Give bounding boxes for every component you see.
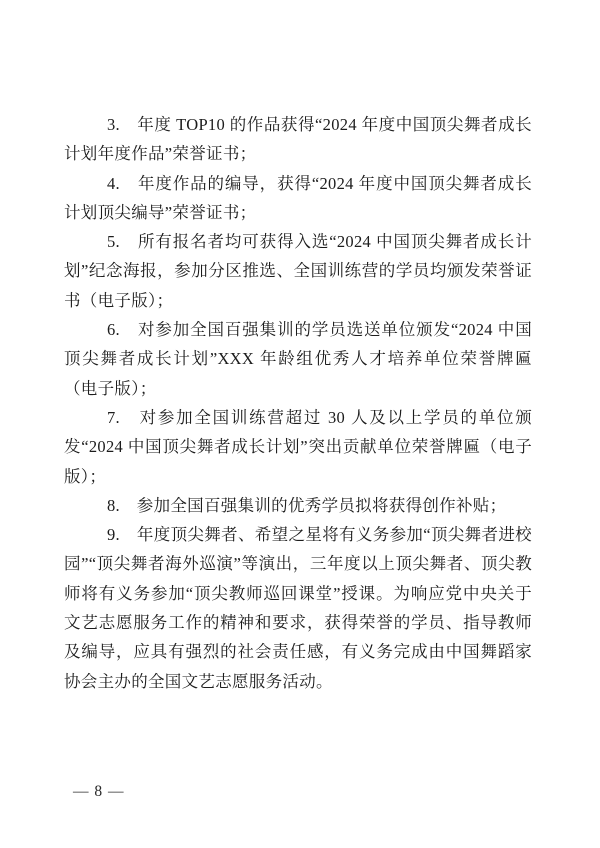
document-body: 3. 年度 TOP10 的作品获得“2024 年度中国顶尖舞者成长计划年度作品”… [64,110,532,696]
list-item-7: 7. 对参加全国训练营超过 30 人及以上学员的单位颁发“2024 中国顶尖舞者… [64,403,532,491]
list-item-8: 8. 参加全国百强集训的优秀学员拟将获得创作补贴； [64,491,532,520]
document-page: 3. 年度 TOP10 的作品获得“2024 年度中国顶尖舞者成长计划年度作品”… [0,0,600,848]
list-item-6: 6. 对参加全国百强集训的学员选送单位颁发“2024 中国顶尖舞者成长计划”XX… [64,315,532,403]
list-item-4: 4. 年度作品的编导，获得“2024 年度中国顶尖舞者成长计划顶尖编导”荣誉证书… [64,169,532,228]
list-item-3: 3. 年度 TOP10 的作品获得“2024 年度中国顶尖舞者成长计划年度作品”… [64,110,532,169]
page-number: — 8 — [73,783,125,801]
list-item-5: 5. 所有报名者均可获得入选“2024 中国顶尖舞者成长计划”纪念海报，参加分区… [64,227,532,315]
list-item-9: 9. 年度顶尖舞者、希望之星将有义务参加“顶尖舞者进校园”“顶尖舞者海外巡演”等… [64,520,532,696]
